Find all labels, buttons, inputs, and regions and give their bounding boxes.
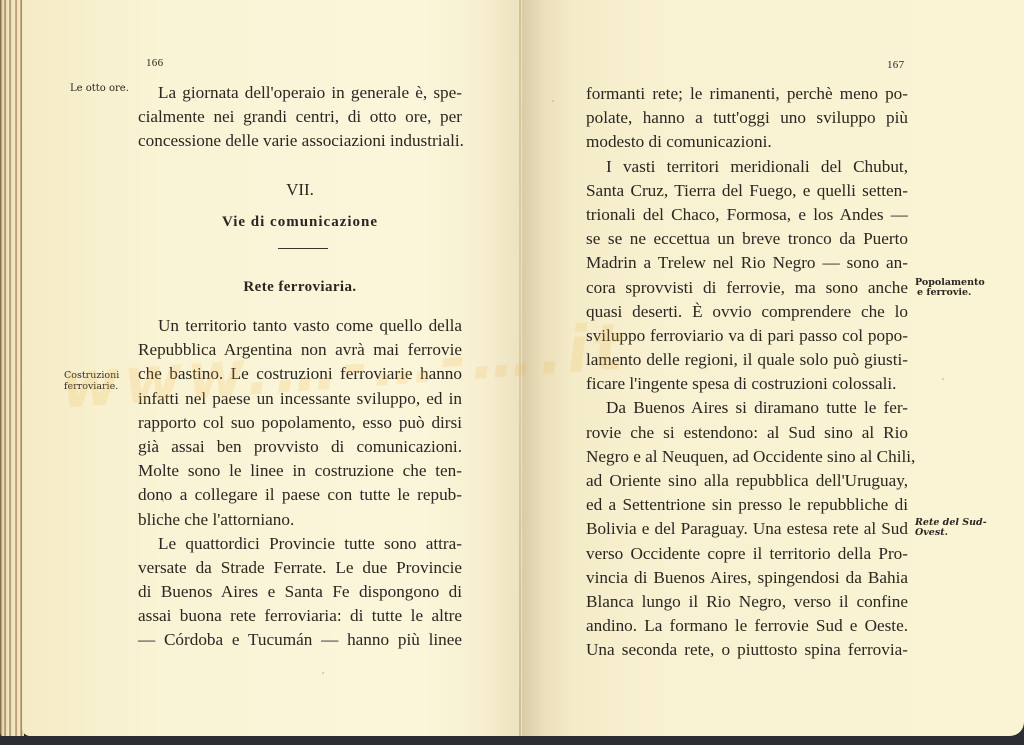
text-line: verso Occidente copre il territorio dell… — [586, 542, 908, 566]
text-line: Repubblica Argentina non avrà mai ferrov… — [138, 338, 462, 362]
text-line: bliche che l'attorniano. — [138, 508, 462, 532]
text-line: polate, hanno a tutt'oggi uno sviluppo p… — [586, 106, 908, 130]
margin-note-line: Ovest. — [915, 528, 987, 538]
page-edges — [0, 0, 24, 738]
text-line: dono a collegare il paese con tutte le r… — [138, 483, 462, 507]
text-line: Negro e al Neuquen, ad Occidente sino al… — [586, 445, 908, 469]
margin-note-line: Costruzioni — [64, 370, 119, 381]
section-title: Rete ferroviaria. — [138, 279, 462, 296]
margin-note-otto-ore: Le otto ore. — [70, 84, 129, 94]
text-line: Le quattordici Provincie tutte sono attr… — [138, 532, 462, 556]
margin-note-line: e ferrovie. — [915, 288, 985, 298]
text-line: rovie che si estendono: al Sud sino al R… — [586, 421, 908, 445]
text-line: Blanca lungo il Rio Negro, verso il conf… — [586, 590, 908, 614]
text-line: Da Buenos Aires si diramano tutte le fer… — [586, 396, 908, 420]
text-line: La giornata dell'operaio in generale è, … — [138, 81, 462, 105]
text-line: versate da Strade Ferrate. Le due Provin… — [138, 556, 462, 580]
text-line: Molte sono le linee in costruzione che t… — [138, 459, 462, 483]
page-number: 166 — [146, 57, 163, 69]
text-line: rapporto col suo popolamento, esso può d… — [138, 411, 462, 435]
text-line: andino. La formano le ferrovie Sud e Oes… — [586, 614, 908, 638]
text-line: Santa Cruz, Tierra del Fuego, e quelli s… — [586, 179, 908, 203]
chapter-number: VII. — [138, 180, 462, 200]
text-line: Bolivia e del Paraguay. Una estesa rete … — [586, 517, 908, 541]
left-page: 166 Le otto ore. La giornata dell'operai… — [22, 0, 522, 736]
chapter-title: Vie di comunicazione — [138, 214, 462, 231]
right-page: 167 formanti rete; le rimanenti, perchè … — [522, 0, 1024, 736]
book-spread: 166 Le otto ore. La giornata dell'operai… — [0, 0, 1024, 738]
text-line: ed a Settentrione sin presso le repubbli… — [586, 493, 908, 517]
paragraph: formanti rete; le rimanenti, perchè meno… — [586, 82, 908, 663]
text-line: Madrin a Trelew nel Rio Negro — sono an- — [586, 251, 908, 275]
text-line: ficare l'ingente spesa di costruzioni co… — [586, 372, 908, 396]
heading-divider — [278, 248, 328, 249]
text-line: lamento delle regioni, il quale solo può… — [586, 348, 908, 372]
text-line: formanti rete; le rimanenti, perchè meno… — [586, 82, 908, 106]
gutter — [519, 0, 521, 736]
scanner-background — [0, 736, 1024, 745]
text-line: già assai ben provvisto di comunicazioni… — [138, 435, 462, 459]
margin-note-costruzioni: Costruzioni ferroviarie. — [64, 370, 119, 392]
text-line: cora sprovvisti di ferrovie, ma sono anc… — [586, 276, 908, 300]
paragraph: Un territorio tanto vasto come quello de… — [138, 314, 462, 653]
text-line: Un territorio tanto vasto come quello de… — [138, 314, 462, 338]
margin-note-popolamento: Popolamento e ferrovie. — [915, 278, 985, 298]
text-line: cialmente nei grandi centri, di otto ore… — [138, 105, 462, 129]
text-line: infatti nel paese un incessante sviluppo… — [138, 387, 462, 411]
page-number: 167 — [887, 59, 904, 71]
paragraph: La giornata dell'operaio in generale è, … — [138, 81, 462, 154]
text-line: assai buona rete ferroviaria: di tutte l… — [138, 604, 462, 628]
text-line: concessione delle varie associazioni ind… — [138, 129, 462, 153]
text-line: di Buenos Aires e Santa Fe dispongono di — [138, 580, 462, 604]
text-line: che bastino. Le costruzioni ferroviarie … — [138, 362, 462, 386]
text-line: I vasti territori meridionali del Chubut… — [586, 155, 908, 179]
text-line: Una seconda rete, o piuttosto spina ferr… — [586, 638, 908, 662]
text-line: ad Oriente sino alla repubblica dell'Uru… — [586, 469, 908, 493]
text-line: sviluppo ferroviario va di pari passo co… — [586, 324, 908, 348]
margin-note-line: ferroviarie. — [64, 381, 119, 392]
text-line: trionali del Chaco, Formosa, e los Andes… — [586, 203, 908, 227]
text-line: quasi deserti. È ovvio comprendere che l… — [586, 300, 908, 324]
text-line: modesto di comunicazioni. — [586, 130, 908, 154]
text-line: se se ne eccettua un breve tronco da Pue… — [586, 227, 908, 251]
text-line: — Córdoba e Tucumán — hanno più linee — [138, 628, 462, 652]
margin-note-rete-sud-ovest: Rete del Sud- Ovest. — [915, 518, 987, 538]
text-line: vincia di Buenos Aires, spingendosi da B… — [586, 566, 908, 590]
